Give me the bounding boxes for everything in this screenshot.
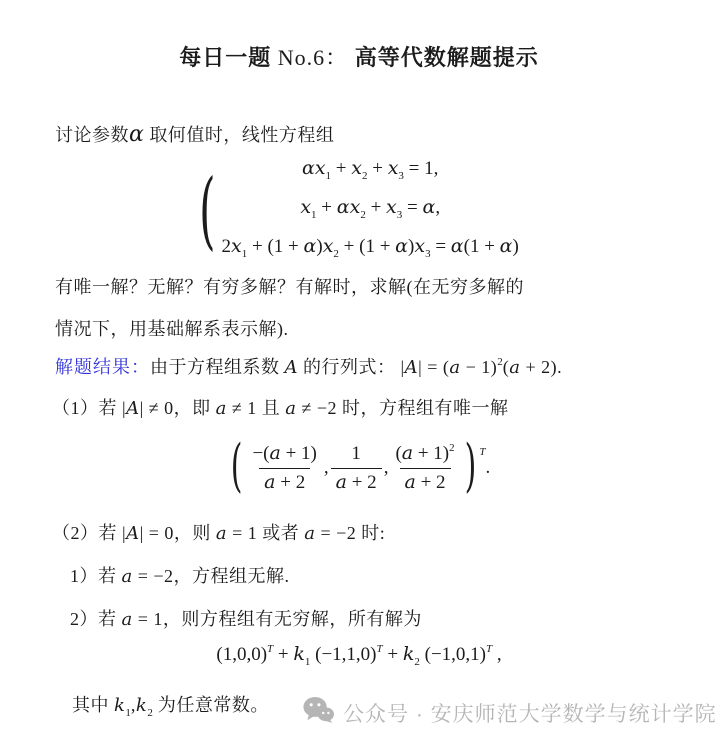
watermark-text: 公众号 · 安庆师范大学数学与统计学院 [343, 698, 717, 728]
question-line-2: 情况下，用基础解系表示解). [55, 315, 289, 341]
page-title: 每日一题 No.6： 高等代数解题提示 [0, 41, 718, 72]
result-line: 解题结果：由于方程组系数 A 的行列式： |A| = (a − 1)2(a + … [55, 353, 562, 379]
case-2-line: （2）若 |A| = 0，则 a = 1 或者 a = −2 时: [52, 519, 385, 545]
subcase-2-line: 2）若 a = 1，则方程组有无穷解，所有解为 [70, 605, 422, 631]
result-determinant: 由于方程组系数 A 的行列式： |A| = (a − 1)2(a + 2). [150, 357, 562, 377]
page-title-cn-1: 每日一题 [179, 45, 278, 70]
equation-1: αx1 + x2 + x3 = 1, [302, 153, 438, 192]
watermark: 公众号 · 安庆师范大学数学与统计学院 [303, 696, 717, 729]
result-label: 解题结果： [55, 357, 150, 377]
intro-line: 讨论参数α 取何值时，线性方程组 [55, 121, 334, 147]
equation-3: 2x1 + (1 + α)x2 + (1 + α)x3 = α(1 + α) [222, 231, 519, 270]
constants-note: 其中 k1,k2 为任意常数。 [72, 691, 269, 719]
page-title-number: No.6： [278, 45, 348, 70]
general-solution-line: (1,0,0)T + k1 (−1,1,0)T + k2 (−1,0,1)T , [0, 643, 718, 668]
equation-system: ( αx1 + x2 + x3 = 1, x1 + αx2 + x3 = α, … [0, 160, 718, 262]
system-equations: αx1 + x2 + x3 = 1, x1 + αx2 + x3 = α, 2x… [222, 153, 519, 270]
unique-solution-vector: (−(a + 1)a + 2,1a + 2,(a + 1)2a + 2)T . [0, 432, 718, 504]
page-title-cn-2: 高等代数解题提示 [348, 45, 539, 70]
subcase-1-line: 1）若 a = −2，方程组无解. [70, 562, 290, 588]
equation-2: x1 + αx2 + x3 = α, [300, 192, 440, 231]
system-left-paren: ( [199, 190, 215, 232]
case-1-line: （1）若 |A| ≠ 0，即 a ≠ 1 且 a ≠ −2 时，方程组有唯一解 [52, 394, 508, 420]
question-line-1: 有唯一解？无解？有穷多解？有解时，求解(在无穷多解的 [55, 273, 524, 299]
document-page: 每日一题 No.6： 高等代数解题提示 讨论参数α 取何值时，线性方程组 ( α… [0, 0, 718, 745]
wechat-icon [303, 696, 334, 729]
